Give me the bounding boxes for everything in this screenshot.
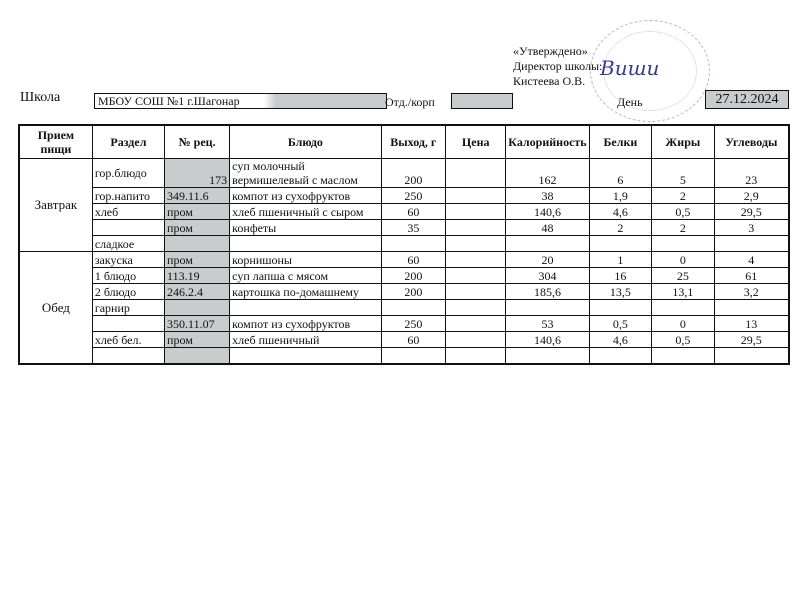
dish-cell: хлеб пшеничный с сыром — [230, 204, 381, 220]
dish-cell — [230, 300, 381, 316]
table-row: хлеб бел.промхлеб пшеничный60140,64,60,5… — [19, 332, 789, 348]
carbs-cell: 23 — [714, 159, 789, 188]
director-signature: Виши — [600, 56, 659, 80]
output-cell: 200 — [381, 159, 446, 188]
calories-cell: 162 — [506, 159, 589, 188]
price-cell — [446, 220, 506, 236]
recipe-cell: 350.11.07 — [165, 316, 230, 332]
fat-cell: 0,5 — [652, 332, 715, 348]
fat-cell — [652, 300, 715, 316]
section-cell: сладкое — [92, 236, 164, 252]
protein-cell — [589, 300, 651, 316]
protein-cell: 4,6 — [589, 332, 651, 348]
col-dish-header: Блюдо — [230, 125, 381, 159]
table-header-row: Прием пищиРаздел№ рец.БлюдоВыход, гЦенаК… — [19, 125, 789, 159]
table-row — [19, 348, 789, 365]
table-row: 1 блюдо113.19суп лапша с мясом2003041625… — [19, 268, 789, 284]
dish-cell: корнишоны — [230, 252, 381, 268]
date-field[interactable]: 27.12.2024 — [705, 90, 789, 109]
col-price-header: Цена — [446, 125, 506, 159]
approval-director-name: Кистеева О.В. — [513, 74, 602, 89]
calories-cell — [506, 236, 589, 252]
price-cell — [446, 348, 506, 365]
carbs-cell — [714, 300, 789, 316]
calories-cell: 38 — [506, 188, 589, 204]
fat-cell: 25 — [652, 268, 715, 284]
meal-name-cell: Обед — [19, 252, 92, 365]
dish-cell: компот из сухофруктов — [230, 316, 381, 332]
section-cell: гор.напито — [92, 188, 164, 204]
output-cell: 200 — [381, 268, 446, 284]
fat-cell: 0 — [652, 252, 715, 268]
table-body: Завтракгор.блюдо173суп молочный вермишел… — [19, 159, 789, 365]
price-cell — [446, 188, 506, 204]
carbs-cell: 13 — [714, 316, 789, 332]
fat-cell: 0 — [652, 316, 715, 332]
department-label: Отд./корп — [385, 95, 435, 110]
fat-cell: 13,1 — [652, 284, 715, 300]
section-cell: закуска — [92, 252, 164, 268]
carbs-cell: 29,5 — [714, 332, 789, 348]
recipe-cell: 113.19 — [165, 268, 230, 284]
recipe-cell: пром — [165, 332, 230, 348]
fat-cell: 5 — [652, 159, 715, 188]
output-cell: 35 — [381, 220, 446, 236]
section-cell: гор.блюдо — [92, 159, 164, 188]
col-protein-header: Белки — [589, 125, 651, 159]
calories-cell: 140,6 — [506, 332, 589, 348]
dish-cell: картошка по-домашнему — [230, 284, 381, 300]
table-row: 2 блюдо246.2.4картошка по-домашнему20018… — [19, 284, 789, 300]
price-cell — [446, 332, 506, 348]
section-cell — [92, 348, 164, 365]
school-field[interactable]: МБОУ СОШ №1 г.Шагонар — [94, 93, 387, 109]
approval-director-label: Директор школы: — [513, 59, 602, 74]
recipe-cell: 246.2.4 — [165, 284, 230, 300]
carbs-cell: 2,9 — [714, 188, 789, 204]
fat-cell: 2 — [652, 220, 715, 236]
protein-cell: 1 — [589, 252, 651, 268]
price-cell — [446, 300, 506, 316]
protein-cell: 2 — [589, 220, 651, 236]
section-cell: 2 блюдо — [92, 284, 164, 300]
recipe-cell — [165, 300, 230, 316]
calories-cell: 20 — [506, 252, 589, 268]
recipe-cell: пром — [165, 204, 230, 220]
dish-cell: компот из сухофруктов — [230, 188, 381, 204]
price-cell — [446, 204, 506, 220]
col-carbs-header: Углеводы — [714, 125, 789, 159]
fat-cell: 0,5 — [652, 204, 715, 220]
school-label: Школа — [20, 90, 60, 106]
price-cell — [446, 268, 506, 284]
output-cell: 250 — [381, 316, 446, 332]
fat-cell: 2 — [652, 188, 715, 204]
col-recipe-header: № рец. — [165, 125, 230, 159]
carbs-cell: 3,2 — [714, 284, 789, 300]
col-calories-header: Калорийность — [506, 125, 589, 159]
price-cell — [446, 236, 506, 252]
section-cell: гарнир — [92, 300, 164, 316]
section-cell — [92, 220, 164, 236]
recipe-cell — [165, 348, 230, 365]
recipe-cell: 349.11.6 — [165, 188, 230, 204]
calories-cell: 140,6 — [506, 204, 589, 220]
dish-cell — [230, 236, 381, 252]
carbs-cell: 61 — [714, 268, 789, 284]
protein-cell: 1,9 — [589, 188, 651, 204]
output-cell — [381, 236, 446, 252]
day-label: День — [617, 95, 643, 110]
carbs-cell: 3 — [714, 220, 789, 236]
calories-cell — [506, 300, 589, 316]
output-cell: 60 — [381, 252, 446, 268]
dish-cell: конфеты — [230, 220, 381, 236]
price-cell — [446, 252, 506, 268]
price-cell — [446, 316, 506, 332]
protein-cell: 4,6 — [589, 204, 651, 220]
price-cell — [446, 159, 506, 188]
table-row: 350.11.07компот из сухофруктов250530,501… — [19, 316, 789, 332]
section-cell: 1 блюдо — [92, 268, 164, 284]
section-cell — [92, 316, 164, 332]
table-row: Обедзакускапромкорнишоны6020104 — [19, 252, 789, 268]
section-cell: хлеб — [92, 204, 164, 220]
recipe-cell: пром — [165, 220, 230, 236]
meal-name-cell: Завтрак — [19, 159, 92, 252]
calories-cell — [506, 348, 589, 365]
department-field[interactable] — [451, 93, 513, 109]
col-section-header: Раздел — [92, 125, 164, 159]
calories-cell: 185,6 — [506, 284, 589, 300]
carbs-cell — [714, 348, 789, 365]
table-row: хлебпромхлеб пшеничный с сыром60140,64,6… — [19, 204, 789, 220]
fat-cell — [652, 348, 715, 365]
dish-cell — [230, 348, 381, 365]
table-row: промконфеты3548223 — [19, 220, 789, 236]
protein-cell: 0,5 — [589, 316, 651, 332]
calories-cell: 53 — [506, 316, 589, 332]
table-row: сладкое — [19, 236, 789, 252]
section-cell: хлеб бел. — [92, 332, 164, 348]
carbs-cell: 29,5 — [714, 204, 789, 220]
protein-cell: 13,5 — [589, 284, 651, 300]
col-fat-header: Жиры — [652, 125, 715, 159]
approval-block: «Утверждено» Директор школы: Кистеева О.… — [513, 44, 602, 89]
dish-cell: суп лапша с мясом — [230, 268, 381, 284]
recipe-cell — [165, 236, 230, 252]
output-cell: 60 — [381, 332, 446, 348]
dish-cell: хлеб пшеничный — [230, 332, 381, 348]
table-row: Завтракгор.блюдо173суп молочный вермишел… — [19, 159, 789, 188]
recipe-cell: пром — [165, 252, 230, 268]
calories-cell: 304 — [506, 268, 589, 284]
approval-title: «Утверждено» — [513, 44, 602, 59]
protein-cell: 6 — [589, 159, 651, 188]
table-row: гор.напито349.11.6компот из сухофруктов2… — [19, 188, 789, 204]
col-meal-header: Прием пищи — [19, 125, 92, 159]
col-output-header: Выход, г — [381, 125, 446, 159]
output-cell: 200 — [381, 284, 446, 300]
protein-cell: 16 — [589, 268, 651, 284]
output-cell — [381, 300, 446, 316]
price-cell — [446, 284, 506, 300]
dish-cell: суп молочный вермишелевый с маслом — [230, 159, 381, 188]
output-cell: 250 — [381, 188, 446, 204]
fat-cell — [652, 236, 715, 252]
table-row: гарнир — [19, 300, 789, 316]
carbs-cell: 4 — [714, 252, 789, 268]
carbs-cell — [714, 236, 789, 252]
output-cell — [381, 348, 446, 365]
output-cell: 60 — [381, 204, 446, 220]
protein-cell — [589, 236, 651, 252]
menu-table: Прием пищиРаздел№ рец.БлюдоВыход, гЦенаК… — [18, 124, 790, 365]
calories-cell: 48 — [506, 220, 589, 236]
protein-cell — [589, 348, 651, 365]
recipe-cell: 173 — [165, 159, 230, 188]
